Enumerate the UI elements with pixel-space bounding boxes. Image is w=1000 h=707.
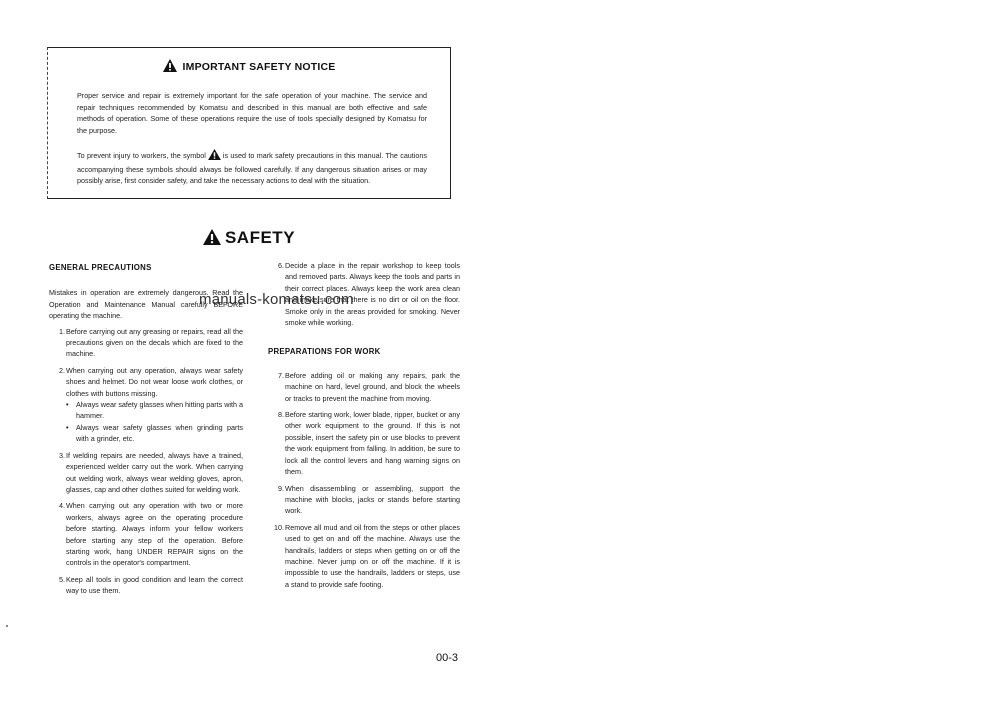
list-item: 8. Before starting work, lower blade, ri…: [268, 409, 460, 477]
list-item: 5. Keep all tools in good condition and …: [49, 574, 243, 597]
section-title-general-precautions: GENERAL PRECAUTIONS: [49, 262, 243, 273]
bullet-icon: •: [66, 399, 76, 422]
list-item: 3. If welding repairs are needed, always…: [49, 450, 243, 496]
notice-paragraph-1: Proper service and repair is extremely i…: [77, 90, 427, 136]
page-number: 00-3: [436, 652, 458, 664]
warning-triangle-icon: [163, 59, 177, 75]
list-item: 4. When carrying out any operation with …: [49, 500, 243, 568]
section-title-preparations-for-work: PREPARATIONS FOR WORK: [268, 346, 460, 357]
scan-speck: [6, 625, 8, 627]
watermark-link[interactable]: manuals-komatsu.com: [199, 291, 354, 308]
list-item: 10. Remove all mud and oil from the step…: [268, 522, 460, 590]
left-column: GENERAL PRECAUTIONS Mistakes in operatio…: [49, 262, 243, 602]
list-item: 9. When disassembling or assembling, sup…: [268, 483, 460, 517]
important-safety-notice-box: IMPORTANT SAFETY NOTICE Proper service a…: [47, 47, 451, 199]
bullet-icon: •: [66, 422, 76, 445]
warning-triangle-icon: [208, 149, 221, 164]
bullet-item: •Always wear safety glasses when hitting…: [66, 399, 243, 422]
manual-page: IMPORTANT SAFETY NOTICE Proper service a…: [0, 0, 1000, 707]
notice-paragraph-2: To prevent injury to workers, the symbol…: [77, 149, 427, 187]
list-item: 7. Before adding oil or making any repai…: [268, 370, 460, 404]
warning-triangle-icon: [203, 229, 221, 250]
list-item: 1. Before carrying out any greasing or r…: [49, 326, 243, 360]
bullet-item: •Always wear safety glasses when grindin…: [66, 422, 243, 445]
safety-heading: SAFETY: [0, 228, 498, 250]
notice-title: IMPORTANT SAFETY NOTICE: [48, 59, 450, 75]
bullet-list: •Always wear safety glasses when hitting…: [66, 399, 243, 445]
right-column: 6. Decide a place in the repair workshop…: [268, 260, 460, 595]
list-item: 2. When carrying out any operation, alwa…: [49, 365, 243, 445]
